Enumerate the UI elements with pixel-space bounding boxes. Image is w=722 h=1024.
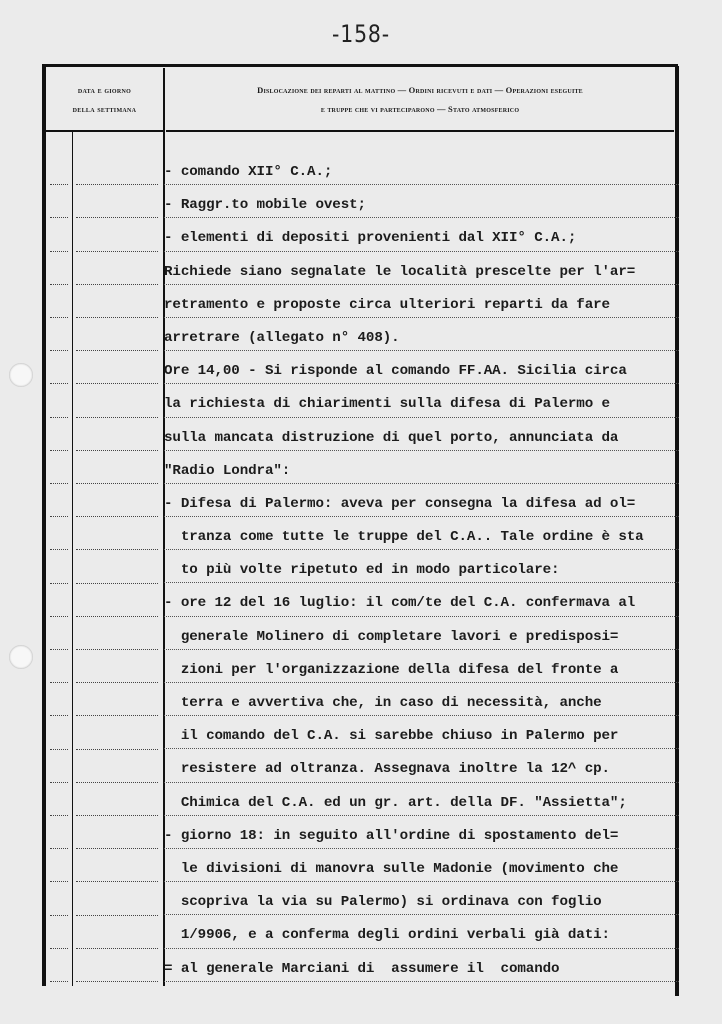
ruling-line: [50, 782, 68, 783]
ruling-line: [50, 915, 68, 916]
ruling-line: [50, 549, 68, 550]
ruling-line: [76, 483, 158, 484]
ruling-line: [50, 749, 68, 750]
ruling-line: [50, 583, 68, 584]
ruling-line: [76, 915, 158, 916]
header-divider: [46, 130, 163, 132]
text-line: zioni per l'organizzazione della difesa …: [164, 650, 679, 683]
text-line: tranza come tutte le truppe del C.A.. Ta…: [164, 517, 679, 550]
day-column-divider: [72, 131, 73, 986]
text-line: Richiede siano segnalate le località pre…: [164, 252, 679, 285]
text-line: scopriva la via su Palermo) si ordinava …: [164, 882, 679, 915]
ruling-line: [50, 815, 68, 816]
ruling-line: [76, 848, 158, 849]
ruling-line: [76, 881, 158, 882]
ruling-line: [50, 317, 68, 318]
ruling-line: [76, 815, 158, 816]
date-header-line: Data e giorno: [78, 81, 131, 100]
punch-hole: [9, 363, 33, 387]
text-line: "Radio Londra":: [164, 451, 679, 484]
text-line: - giorno 18: in seguito all'ordine di sp…: [164, 816, 679, 849]
ruling-line: [76, 417, 158, 418]
text-line: - elementi di depositi provenienti dal X…: [164, 218, 679, 251]
ruling-line: [50, 450, 68, 451]
ruling-line: [50, 881, 68, 882]
ruling-line: [50, 715, 68, 716]
ruling-line: [76, 616, 158, 617]
ruling-line: [76, 251, 158, 252]
ruling-line: [76, 350, 158, 351]
text-line: 1/9906, e a conferma degli ordini verbal…: [164, 915, 679, 948]
text-line: - comando XII° C.A.;: [164, 152, 679, 185]
ruling-line: [50, 616, 68, 617]
text-line: le divisioni di manovra sulle Madonie (m…: [164, 849, 679, 882]
ruling-line: [76, 749, 158, 750]
text-line: to più volte ripetuto ed in modo partico…: [164, 550, 679, 583]
ruling-line: [50, 350, 68, 351]
text-line: generale Molinero di completare lavori e…: [164, 617, 679, 650]
ruling-line: [76, 383, 158, 384]
text-line: Ore 14,00 - Si risponde al comando FF.AA…: [164, 351, 679, 384]
text-line: - ore 12 del 16 luglio: il com/te del C.…: [164, 583, 679, 616]
content-column-header: Dislocazione dei reparti al mattino — Or…: [166, 68, 674, 132]
ruling-line: [50, 649, 68, 650]
ruling-line: [50, 948, 68, 949]
ruling-line: [76, 284, 158, 285]
text-line: la richiesta di chiarimenti sulla difesa…: [164, 384, 679, 417]
ruling-line: [50, 417, 68, 418]
ruling-line: [76, 184, 158, 185]
date-header-line: della settimana: [73, 100, 137, 119]
text-line: - Difesa di Palermo: aveva per consegna …: [164, 484, 679, 517]
content-header-line: e truppe che vi parteciparono — Stato at…: [321, 100, 519, 119]
text-line: = al generale Marciani di assumere il co…: [164, 949, 679, 982]
text-line: terra e avvertiva che, in caso di necess…: [164, 683, 679, 716]
text-line: - Raggr.to mobile ovest;: [164, 185, 679, 218]
ruling-line: [50, 483, 68, 484]
ruling-line: [76, 583, 158, 584]
ruling-line: [76, 682, 158, 683]
ruling-line: [76, 516, 158, 517]
text-line: Chimica del C.A. ed un gr. art. della DF…: [164, 783, 679, 816]
ruling-line: [76, 217, 158, 218]
ruling-line: [76, 981, 158, 982]
ruling-line: [50, 383, 68, 384]
text-line: il comando del C.A. si sarebbe chiuso in…: [164, 716, 679, 749]
ruling-line: [76, 450, 158, 451]
header-divider: [166, 130, 674, 132]
ruling-line: [76, 715, 158, 716]
ruling-line: [50, 682, 68, 683]
ruling-line: [76, 649, 158, 650]
text-line: retramento e proposte circa ulteriori re…: [164, 285, 679, 318]
ruling-line: [50, 251, 68, 252]
ruling-line: [76, 782, 158, 783]
text-line: resistere ad oltranza. Assegnava inoltre…: [164, 749, 679, 782]
ruling-line: [50, 516, 68, 517]
text-line: sulla mancata distruzione di quel porto,…: [164, 418, 679, 451]
ruling-line: [50, 184, 68, 185]
frame-left-border: [42, 64, 46, 986]
page-number: -158-: [54, 20, 668, 48]
punch-hole: [9, 645, 33, 669]
ruling-line: [50, 981, 68, 982]
text-line: arretrare (allegato n° 408).: [164, 318, 679, 351]
typed-entry-text: - comando XII° C.A.;- Raggr.to mobile ov…: [164, 152, 679, 982]
content-header-line: Dislocazione dei reparti al mattino — Or…: [257, 81, 583, 100]
ruling-line: [76, 317, 158, 318]
ruling-line: [50, 848, 68, 849]
ruling-line: [76, 549, 158, 550]
ruling-line: [76, 948, 158, 949]
ruling-line: [50, 284, 68, 285]
ruling-line: [50, 217, 68, 218]
date-column-header: Data e giorno della settimana: [46, 68, 163, 132]
